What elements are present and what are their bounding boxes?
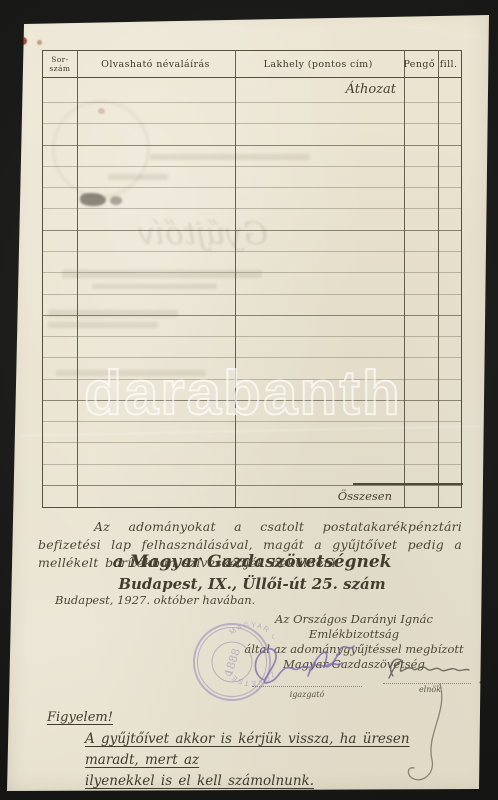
table-row-rule <box>43 251 461 252</box>
donation-table: Sor- szám Olvasható névaláírás Lakhely (… <box>42 50 462 508</box>
column-header-address: Lakhely (pontos cím) <box>234 51 402 77</box>
table-row-rule <box>43 315 461 316</box>
column-header-filler: fill. <box>436 51 461 77</box>
table-row-rule <box>43 166 461 167</box>
table-row-rule <box>43 208 461 209</box>
table-row-rule <box>43 230 461 231</box>
column-header-pengo: Pengő <box>402 51 436 77</box>
edge-stain <box>8 305 15 320</box>
date-line: Budapest, 1927. október havában. <box>55 593 255 607</box>
pen-mark <box>479 678 489 688</box>
column-header-index: Sor- szám <box>43 51 77 77</box>
red-stain <box>18 37 27 45</box>
table-column-divider <box>404 51 405 507</box>
notice-heading: Figyelem! <box>47 710 113 725</box>
signature-left-line <box>252 676 362 687</box>
table-row-rule <box>43 272 461 273</box>
carryover-label: Áthozat <box>235 82 404 97</box>
table-header-row: Sor- szám Olvasható névaláírás Lakhely (… <box>43 51 461 78</box>
stamp-center-text: 1888 <box>222 647 243 678</box>
table-row-rule <box>43 145 461 146</box>
auction-watermark: darabanth <box>84 358 429 438</box>
recipient-address: Budapest, IX., Üllői-út 25. szám <box>42 575 462 593</box>
table-row-rule <box>43 336 461 337</box>
table-row-rule <box>43 123 461 124</box>
paper-sheet: Gyűjtőív Sor- szám Olvasható né <box>0 0 498 800</box>
table-column-divider <box>77 51 78 507</box>
table-column-divider <box>235 51 236 507</box>
column-header-name: Olvasható névaláírás <box>77 51 234 77</box>
notice-line1: A gyűjtőívet akkor is kérjük vissza, ha … <box>85 731 410 768</box>
paper-crease <box>271 4 498 41</box>
total-label: Összesen <box>235 489 404 503</box>
recipient-name: a Magyar Gazdaszövetségnek <box>42 552 462 572</box>
table-column-divider <box>438 51 439 507</box>
scanned-document-photo: Gyűjtőív Sor- szám Olvasható né <box>0 0 498 800</box>
table-row-rule <box>43 485 461 486</box>
table-row-rule <box>43 464 461 465</box>
table-row-rule <box>43 294 461 295</box>
column-header-index-line1: Sor- <box>51 55 68 64</box>
notice-line2: ilyenekkel is el kell számolnunk. <box>85 773 314 789</box>
table-row-rule <box>43 442 461 443</box>
total-row-heavy-rule <box>353 483 463 485</box>
notice-body: A gyűjtőívet akkor is kérjük vissza, ha … <box>85 729 465 792</box>
table-row-rule <box>43 187 461 188</box>
column-header-index-line2: szám <box>49 64 70 73</box>
table-row-rule <box>43 102 461 103</box>
signature-left-role: igazgató <box>262 690 352 699</box>
edge-stain <box>10 323 16 339</box>
brown-speck <box>37 40 42 45</box>
